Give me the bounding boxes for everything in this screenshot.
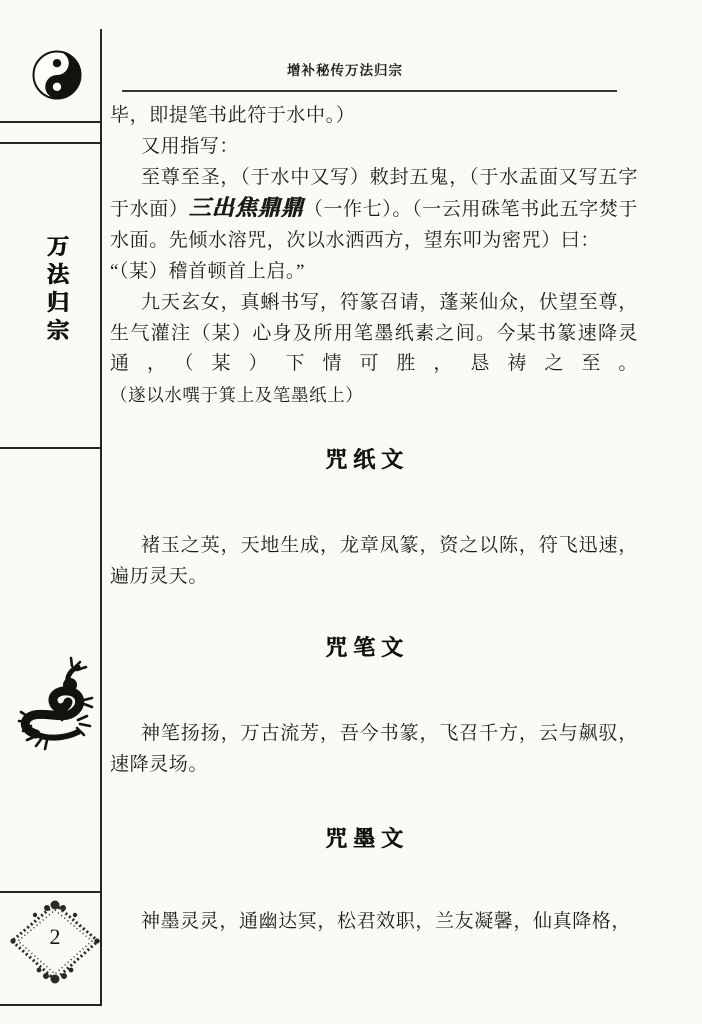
- vertical-title-char: 宗: [42, 317, 74, 345]
- body-text-block: 毕，即提笔书此符于水中。） 又用指写： 至尊至圣，（于水中又写）敕封五鬼，（于水…: [110, 101, 638, 412]
- yinyang-icon: [32, 50, 82, 100]
- section-heading-paper-spell: 咒纸文: [110, 447, 638, 473]
- vertical-title-char: 万: [42, 233, 74, 261]
- section-body-brush-spell: 神笔扬扬，万古流芳，吾今书篆，飞召千方，云与飙驭，速降灵场。: [110, 719, 638, 781]
- sidebar-divider-middle: [0, 447, 101, 449]
- sidebar-divider-footer: [0, 1004, 101, 1006]
- vertical-title-char: 法: [42, 261, 74, 289]
- book-page-scan: 增补秘传万法归宗 万 法 归 宗: [0, 0, 702, 1024]
- running-header-title: 增补秘传万法归宗: [245, 59, 445, 79]
- sidebar-vertical-title: 万 法 归 宗: [42, 233, 74, 345]
- sidebar-divider-top-1: [0, 121, 101, 123]
- paragraph-jiutian-xuannu: 九天玄女，真蝌书写，符篆召请，蓬莱仙众，伏望至尊，生气灌注（某）心身及所用笔墨纸…: [110, 288, 638, 412]
- xuannu-note-text: （遂以水噀于箕上及笔墨纸上）: [110, 385, 363, 405]
- paragraph-brush-spell: 神笔扬扬，万古流芳，吾今书篆，飞召千方，云与飙驭，速降灵场。: [110, 719, 638, 781]
- paragraph-finger-writing: 又用指写：: [110, 132, 638, 163]
- section-body-paper-spell: 褚玉之英，天地生成，龙章凤篆，资之以陈，符飞迅速，遍历灵天。: [110, 531, 638, 593]
- paragraph-paper-spell: 褚玉之英，天地生成，龙章凤篆，资之以陈，符飞迅速，遍历灵天。: [110, 531, 638, 593]
- xuannu-main-text: 九天玄女，真蝌书写，符篆召请，蓬莱仙众，伏望至尊，生气灌注（某）心身及所用笔墨纸…: [110, 292, 638, 375]
- section-heading-brush-spell: 咒笔文: [110, 635, 638, 661]
- sidebar-divider-top-2: [0, 142, 101, 144]
- paragraph-quote: “（某）稽首顿首上启。”: [110, 257, 638, 288]
- talisman-characters: 三出焦鼎鼎: [189, 195, 304, 220]
- section-body-ink-spell: 神墨灵灵，通幽达冥，松君效职，兰友凝馨，仙真降格，: [110, 907, 638, 938]
- page-number: 2: [5, 924, 105, 950]
- sidebar-vertical-rule: [100, 29, 102, 1006]
- page-number-ornament: 2: [5, 897, 105, 987]
- section-heading-ink-spell: 咒墨文: [110, 826, 638, 852]
- sidebar-divider-bottom: [0, 891, 101, 893]
- vertical-title-char: 归: [42, 289, 74, 317]
- dragon-icon: [14, 654, 100, 752]
- paragraph-incantation: 至尊至圣，（于水中又写）敕封五鬼，（于水盂面又写五字于水面）三出焦鼎鼎（一作七）…: [110, 163, 638, 257]
- paragraph-continuation: 毕，即提笔书此符于水中。）: [110, 101, 638, 132]
- paragraph-ink-spell: 神墨灵灵，通幽达冥，松君效职，兰友凝馨，仙真降格，: [110, 907, 638, 938]
- header-rule: [122, 90, 617, 92]
